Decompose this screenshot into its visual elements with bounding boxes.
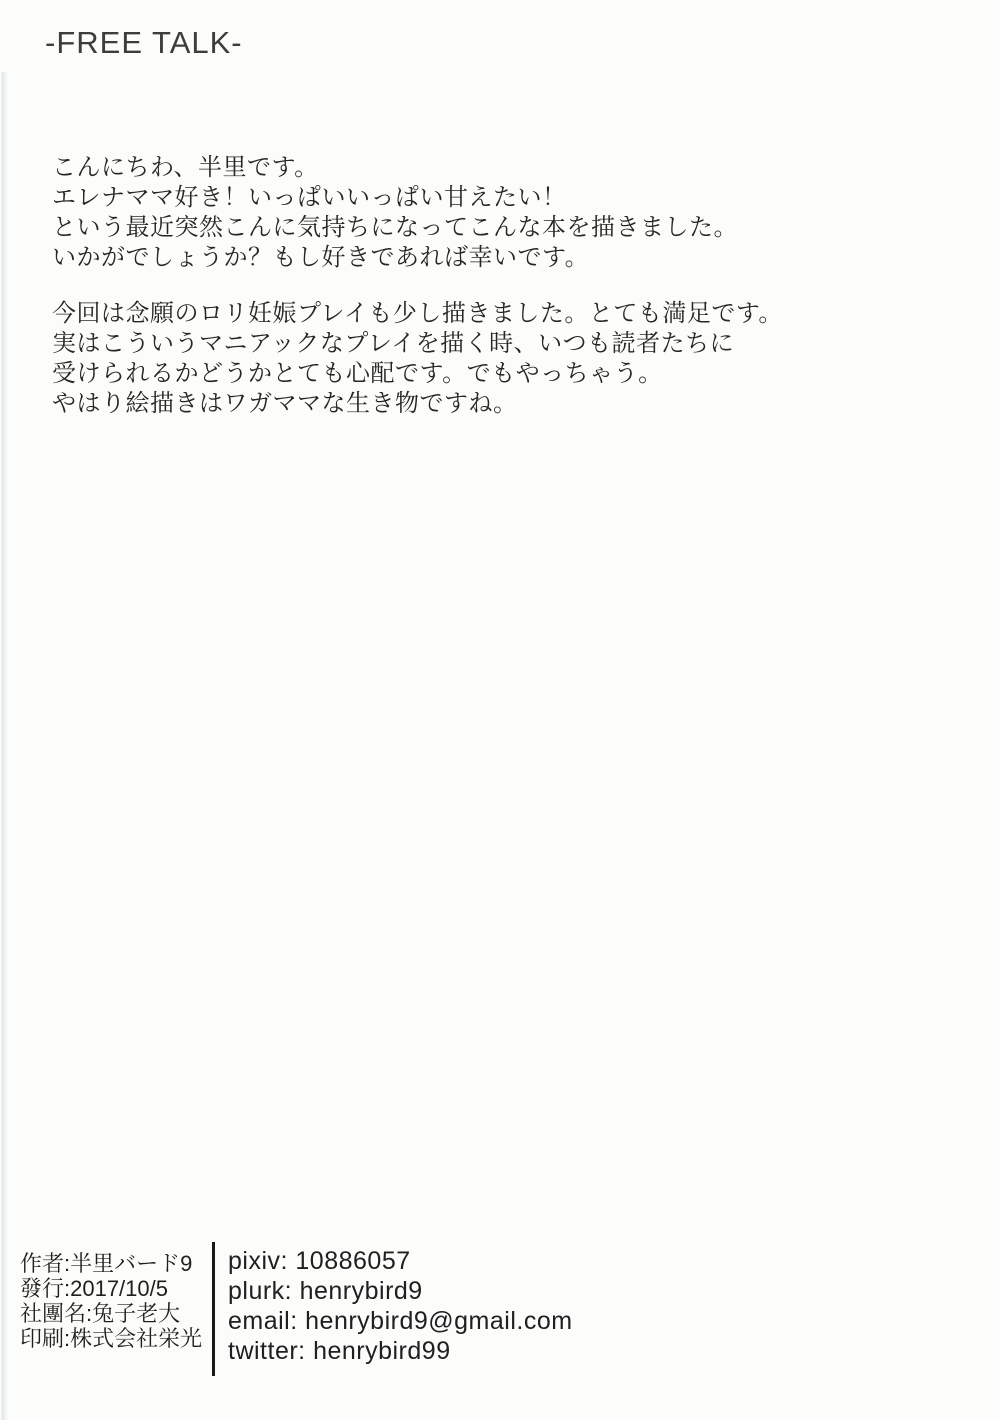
publication-info: 作者:半里バード9 發行:2017/10/5 社團名:兔子老大 印刷:株式会社栄… — [20, 1251, 202, 1351]
text-line: という最近突然こんに気持ちになってこんな本を描きました。 — [52, 213, 738, 243]
author-line: 作者:半里バード9 — [20, 1251, 202, 1276]
printer-line: 印刷:株式会社栄光 — [20, 1326, 202, 1351]
twitter-line: twitter: henrybird99 — [228, 1336, 573, 1366]
text-line: 実はこういうマニアックなプレイを描く時、いつも読者たちに — [52, 329, 783, 359]
plurk-line: plurk: henrybird9 — [228, 1276, 573, 1306]
email-line: email: henrybird9@gmail.com — [228, 1306, 573, 1336]
text-line: エレナママ好き！いっぱいいっぱい甘えたい！ — [52, 183, 738, 213]
text-line: こんにちわ、半里です。 — [52, 153, 738, 183]
paragraph-greeting: こんにちわ、半里です。 エレナママ好き！いっぱいいっぱい甘えたい！ という最近突… — [52, 153, 738, 273]
scan-edge-artifact — [0, 72, 8, 1420]
publish-date-line: 發行:2017/10/5 — [20, 1276, 202, 1301]
paragraph-commentary: 今回は念願のロリ妊娠プレイも少し描きました。とても満足です。 実はこういうマニア… — [52, 299, 783, 419]
vertical-divider — [212, 1242, 215, 1376]
circle-name-line: 社團名:兔子老大 — [20, 1301, 202, 1326]
document-page: -FREE TALK- こんにちわ、半里です。 エレナママ好き！いっぱいいっぱい… — [0, 0, 1000, 1420]
text-line: いかがでしょうか？もし好きであれば幸いです。 — [52, 243, 738, 273]
pixiv-line: pixiv: 10886057 — [228, 1246, 573, 1276]
contact-info: pixiv: 10886057 plurk: henrybird9 email:… — [228, 1246, 573, 1366]
page-title: -FREE TALK- — [45, 25, 243, 61]
text-line: 今回は念願のロリ妊娠プレイも少し描きました。とても満足です。 — [52, 299, 783, 329]
text-line: やはり絵描きはワガママな生き物ですね。 — [52, 389, 783, 419]
text-line: 受けられるかどうかとても心配です。でもやっちゃう。 — [52, 359, 783, 389]
